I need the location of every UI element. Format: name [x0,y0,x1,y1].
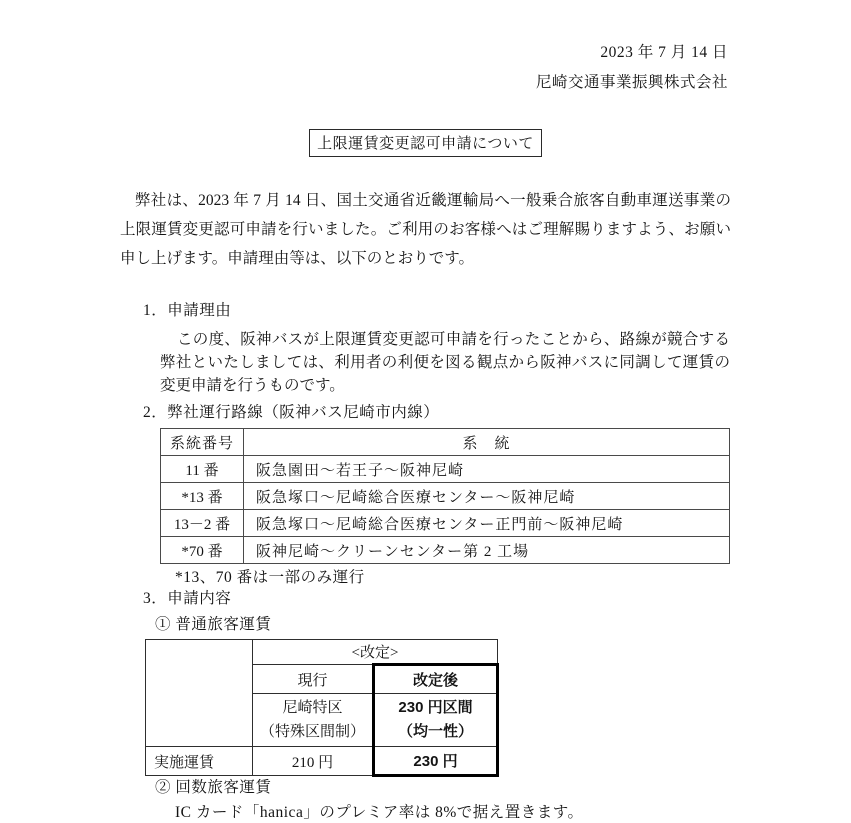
route-table-header-row: 系統番号 系 統 [161,429,730,456]
sub1-label: ① 普通旅客運賃 [155,614,271,635]
fare-table-header-row: <改定> [146,640,498,665]
table-row: 13－2 番 阪急塚口～尼崎総合医療センター正門前～阪神尼崎 [161,510,730,537]
route-number: 11 番 [161,456,244,483]
fare-col-revised: 改定後 [374,665,498,694]
route-table: 系統番号 系 統 11 番 阪急園田～若王子～阪神尼崎 *13 番 阪急塚口～尼… [160,428,730,564]
sub2-body: IC カード「hanica」のプレミア率は 8%で据え置きます。 [175,800,584,822]
intro-paragraph: 弊社は、2023 年 7 月 14 日、国土交通省近畿運輸局へ一般乗合旅客自動車… [120,186,731,273]
section1-heading: 1．申請理由 [143,300,231,321]
fare-current-zone-line2: （特殊区間制） [253,720,372,744]
document-page: 2023 年 7 月 14 日 尼崎交通事業振興株式会社 上限運賃変更認可申請に… [0,0,851,823]
section3-heading: 3．申請内容 [143,588,231,609]
table-row: *13 番 阪急塚口～尼崎総合医療センター～阪神尼崎 [161,483,730,510]
doc-company: 尼崎交通事業振興株式会社 [536,68,728,98]
table-row: 11 番 阪急園田～若王子～阪神尼崎 [161,456,730,483]
fare-revised-value: 230 円 [374,747,498,776]
route-header-number: 系統番号 [161,429,244,456]
route-name: 阪急園田～若王子～阪神尼崎 [244,456,730,483]
title-wrap: 上限運賃変更認可申請について [0,129,851,157]
route-name: 阪神尼崎～クリーンセンター第 2 工場 [244,537,730,564]
doc-date: 2023 年 7 月 14 日 [536,38,728,68]
fare-revised-zone-line1: 230 円区間 [375,696,496,720]
fare-empty-cell [146,640,253,747]
fare-col-current: 現行 [253,665,374,694]
fare-current-zone-line1: 尼崎特区 [253,696,372,720]
route-name: 阪急塚口～尼崎総合医療センター～阪神尼崎 [244,483,730,510]
doc-header: 2023 年 7 月 14 日 尼崎交通事業振興株式会社 [536,38,728,98]
route-table-note: *13、70 番は一部のみ運行 [175,565,365,587]
section1-body: この度、阪神バスが上限運賃変更認可申請を行ったことから、路線が競合する弊社といた… [160,328,730,397]
route-name: 阪急塚口～尼崎総合医療センター正門前～阪神尼崎 [244,510,730,537]
fare-current-value: 210 円 [253,747,374,776]
table-row: *70 番 阪神尼崎～クリーンセンター第 2 工場 [161,537,730,564]
doc-title: 上限運賃変更認可申請について [309,129,542,157]
fare-row-label: 実施運賃 [146,747,253,776]
route-number: *13 番 [161,483,244,510]
fare-revised-zone-line2: （均一性） [375,720,496,744]
fare-kaitei-header: <改定> [253,640,498,665]
sub2-label: ② 回数旅客運賃 [155,777,271,798]
route-number: *70 番 [161,537,244,564]
route-number: 13－2 番 [161,510,244,537]
section2-heading: 2．弊社運行路線（阪神バス尼崎市内線） [143,402,439,423]
fare-table: <改定> 現行 改定後 尼崎特区 （特殊区間制） 230 円区間 （均一性） 実… [145,639,499,777]
fare-current-zone: 尼崎特区 （特殊区間制） [253,694,374,747]
table-row: 実施運賃 210 円 230 円 [146,747,498,776]
fare-revised-zone: 230 円区間 （均一性） [374,694,498,747]
route-header-route: 系 統 [244,429,730,456]
